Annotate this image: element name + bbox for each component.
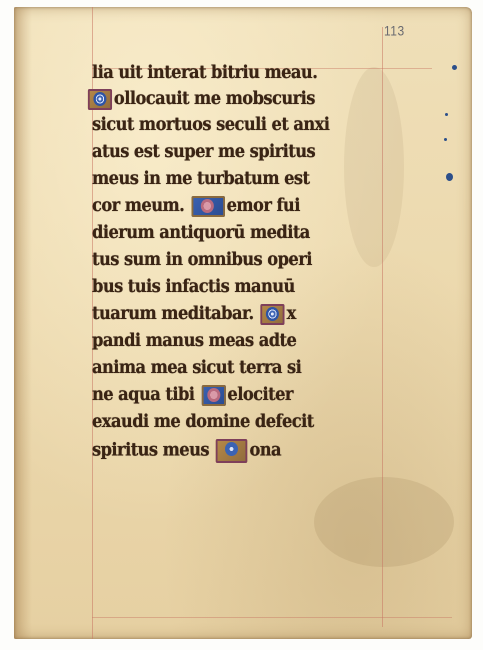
text-line: ne aqua tibi Velociter [92, 384, 293, 406]
text-line: tus sum in omnibus operi [92, 249, 312, 271]
text-line: pandi manus meas adte [92, 330, 296, 352]
text-line: anima mea sicut terra si [92, 357, 301, 379]
text-line: atus est super me spiritus [92, 141, 315, 163]
line-text: pandi manus meas adte [92, 331, 296, 351]
text-line: bus tuis infactis manuū [92, 276, 295, 298]
blue-ink-spot [446, 173, 453, 181]
text-line: lia uit interat bitriu meau. [92, 62, 317, 84]
line-text: meus in me turbatum est [92, 169, 309, 189]
line-text: tuarum meditabar. [92, 304, 254, 324]
line-text: tus sum in omnibus operi [92, 250, 312, 270]
line-text: elociter [227, 385, 292, 405]
line-text: bus tuis infactis manuū [92, 277, 295, 297]
line-text: x [287, 304, 296, 324]
text-line: cor meum. Memor fui [92, 195, 300, 217]
parchment-stain [314, 477, 454, 567]
line-text: spiritus meus [92, 441, 209, 461]
parchment-stain [344, 67, 404, 267]
blue-ink-spot [452, 65, 457, 70]
line-text: emor fui [227, 196, 300, 216]
text-line: sicut mortuos seculi et anxi [92, 114, 329, 136]
line-text: ne aqua tibi [92, 385, 194, 405]
line-text: dierum antiquorū medita [92, 223, 310, 243]
illuminated-initial: E [261, 304, 285, 325]
text-line: Collocauit me mobscuris [86, 88, 315, 110]
illuminated-initial: M [191, 196, 224, 217]
blue-ink-spot [444, 138, 447, 141]
ruling-line-vertical [382, 27, 383, 627]
illuminated-initial: V [201, 385, 225, 406]
text-line: dierum antiquorū medita [92, 222, 310, 244]
text-line: exaudi me domine defecit [92, 411, 314, 433]
ruling-line-horizontal [92, 617, 452, 618]
line-text: cor meum. [92, 196, 184, 216]
line-text: anima mea sicut terra si [92, 358, 301, 378]
line-text: exaudi me domine defecit [92, 412, 314, 432]
line-text: sicut mortuos seculi et anxi [92, 115, 329, 135]
line-text: lia uit interat bitriu meau. [92, 63, 317, 83]
line-text: atus est super me spiritus [92, 142, 315, 162]
line-text: ollocauit me mobscuris [114, 89, 315, 109]
illuminated-initial: N [216, 439, 248, 463]
blue-ink-spot [445, 113, 448, 116]
parchment-edge-shading [14, 7, 32, 639]
line-text: ona [249, 441, 281, 461]
text-line: spiritus meus Nona [92, 439, 281, 461]
illuminated-initial: C [88, 89, 112, 110]
folio-number: 113 [384, 23, 405, 39]
text-line: meus in me turbatum est [92, 168, 309, 190]
text-line: tuarum meditabar. Ex [92, 303, 296, 325]
